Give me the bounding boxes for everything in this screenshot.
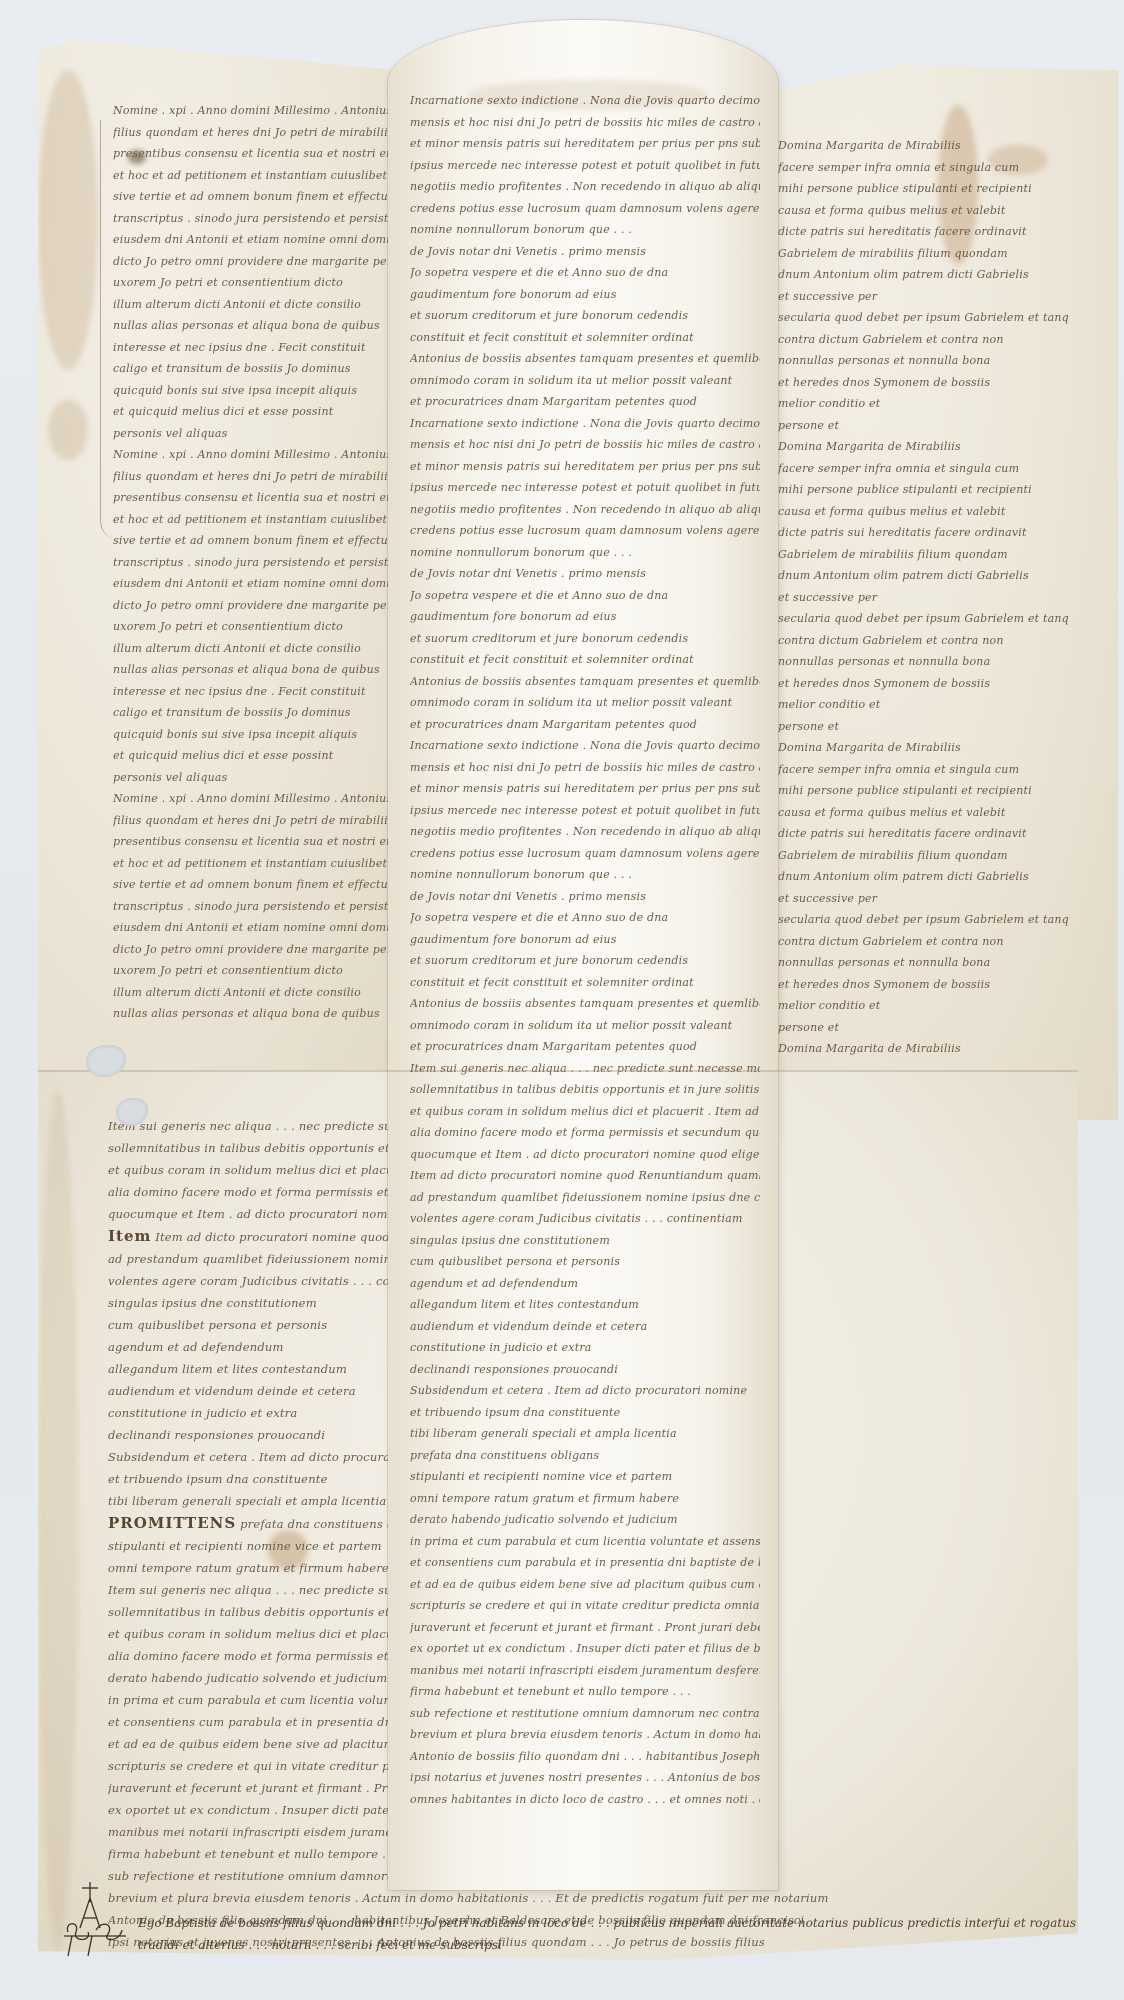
notary-subscription: Ego Baptista de bossiis filius quondam d… bbox=[138, 1912, 1076, 1956]
rubric-item: Item bbox=[108, 1227, 151, 1245]
right-panel: Domina Margarita de Mirabiliis facere se… bbox=[748, 65, 1118, 1120]
fold-line bbox=[38, 1070, 1078, 1072]
center-curled-panel: Incarnatione sexto indictione . Nona die… bbox=[388, 20, 778, 1890]
center-text-block: Incarnatione sexto indictione . Nona die… bbox=[410, 90, 760, 1810]
rubric-promittens: PROMITTENS bbox=[108, 1514, 236, 1532]
left-panel: Nomine . xpi . Anno domini Millesimo . A… bbox=[38, 40, 408, 1080]
parchment-document: Nomine . xpi . Anno domini Millesimo . A… bbox=[38, 40, 1078, 1960]
left-text-block: Nomine . xpi . Anno domini Millesimo . A… bbox=[113, 100, 403, 1025]
right-text-block: Domina Margarita de Mirabiliis facere se… bbox=[778, 135, 1098, 1060]
notarial-signum-icon bbox=[62, 1880, 132, 1960]
